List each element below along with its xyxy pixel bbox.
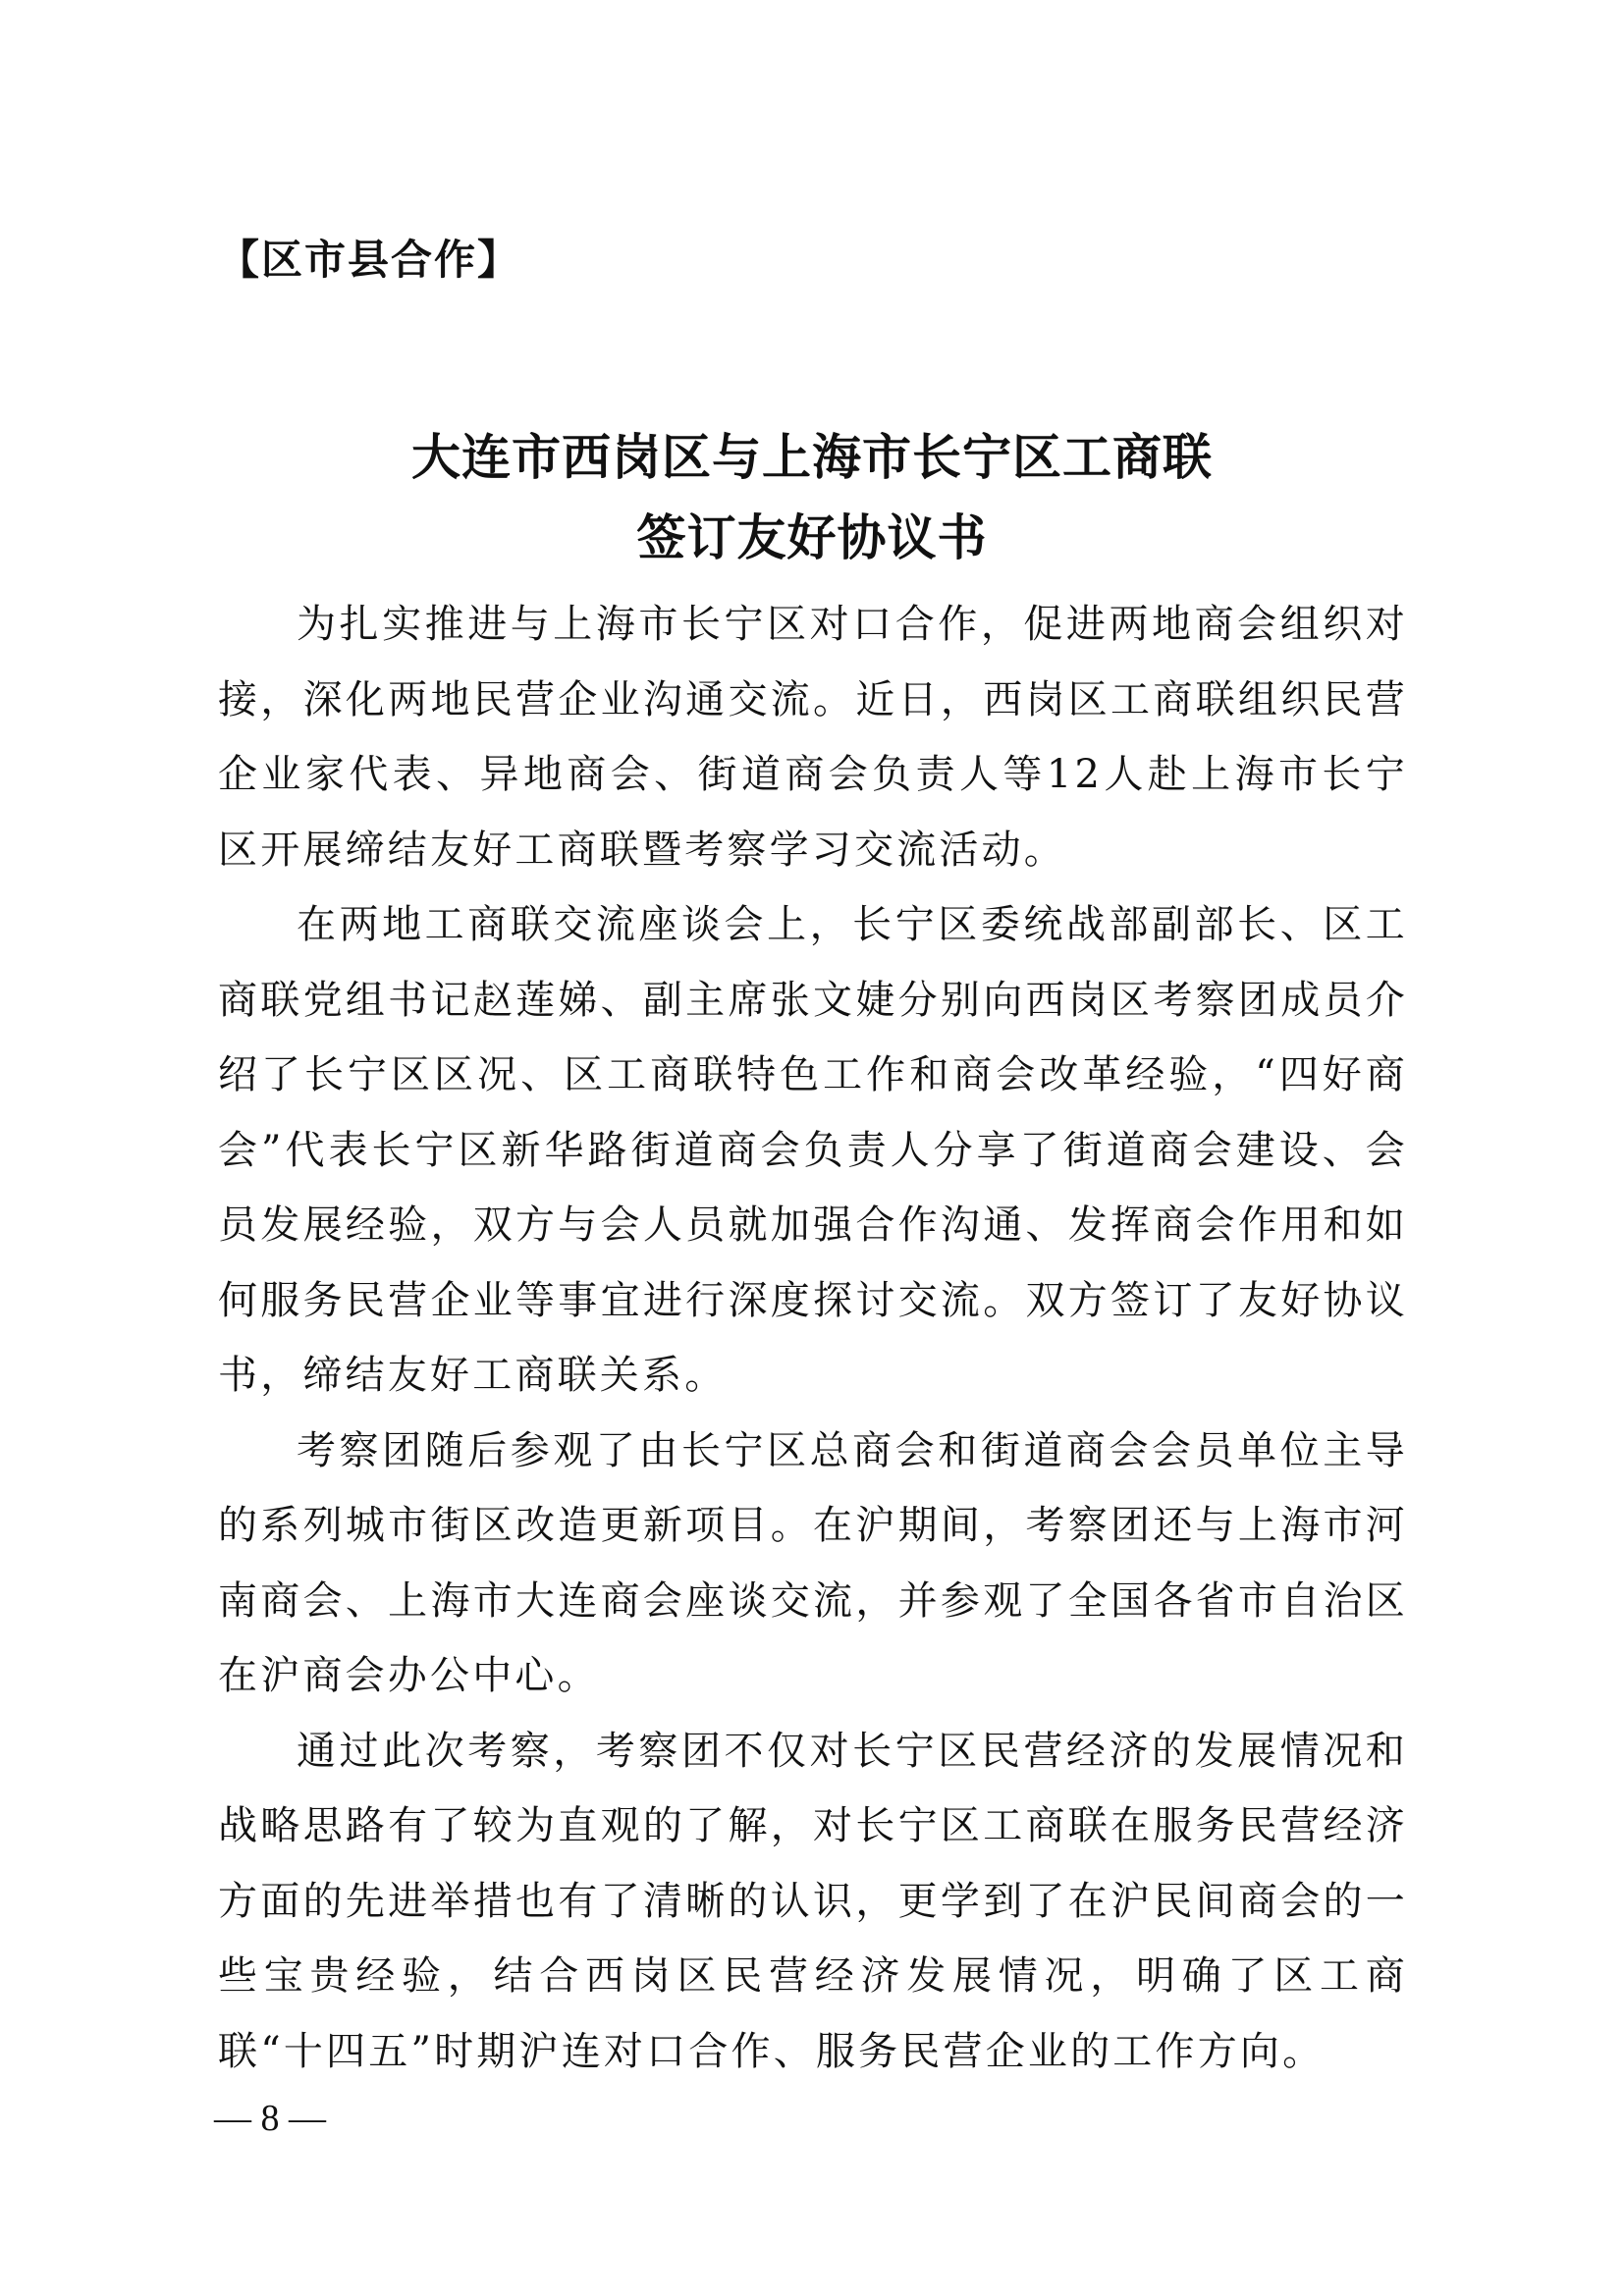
paragraph-2: 在两地工商联交流座谈会上，长宁区委统战部副部长、区工商联党组书记赵莲娣、副主席张…: [218, 887, 1408, 1414]
section-tag: 【区市县合作】: [218, 236, 520, 285]
article-title-line-1: 大连市西岗区与上海市长宁区工商联: [0, 426, 1624, 489]
paragraph-1: 为扎实推进与上海市长宁区对口合作，促进两地商会组织对接，深化两地民营企业沟通交流…: [218, 587, 1408, 887]
article-body: 为扎实推进与上海市长宁区对口合作，促进两地商会组织对接，深化两地民营企业沟通交流…: [218, 587, 1408, 2089]
paragraph-4: 通过此次考察，考察团不仅对长宁区民营经济的发展情况和战略思路有了较为直观的了解，…: [218, 1714, 1408, 2090]
article-title-line-2: 签订友好协议书: [0, 507, 1624, 569]
paragraph-3: 考察团随后参观了由长宁区总商会和街道商会会员单位主导的系列城市街区改造更新项目。…: [218, 1414, 1408, 1714]
document-page: 【区市县合作】 大连市西岗区与上海市长宁区工商联 签订友好协议书 为扎实推进与上…: [0, 0, 1624, 2296]
page-number: — 8 —: [214, 2097, 326, 2140]
